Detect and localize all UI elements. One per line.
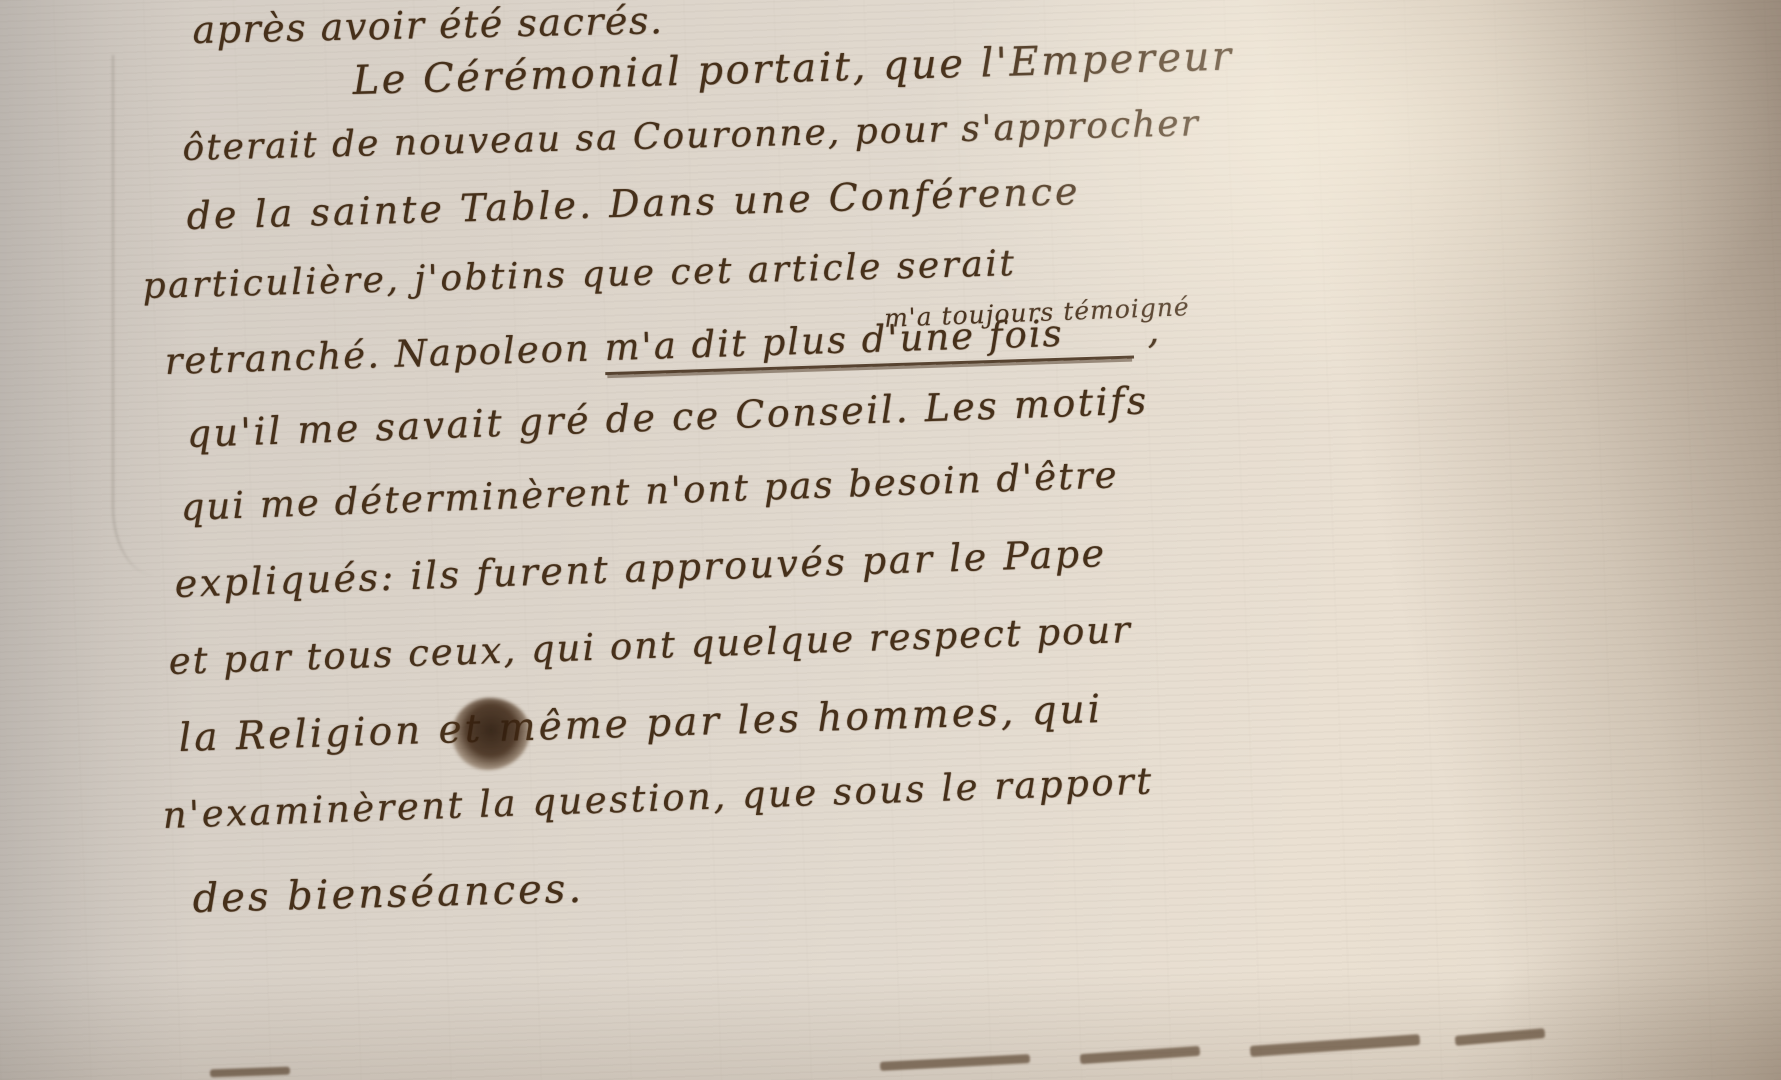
manuscript-line: qui me déterminèrent n'ont pas besoin d'… <box>180 453 1119 529</box>
manuscript-line: n'examinèrent la question, que sous le r… <box>162 759 1154 837</box>
manuscript-line: ôterait de nouveau sa Couronne, pour s'a… <box>182 103 1200 169</box>
handwritten-text-layer: après avoir été sacrés. Le Cérémonial po… <box>0 0 1781 1080</box>
manuscript-line: expliqués: ils furent approuvés par le P… <box>174 531 1107 606</box>
manuscript-line: la Religion et même par les hommes, qui <box>178 687 1104 761</box>
manuscript-line: de la sainte Table. Dans une Conférence <box>186 169 1081 238</box>
manuscript-line: après avoir été sacrés. <box>192 0 664 52</box>
line-prefix: retranché. Napoleon <box>164 326 605 383</box>
manuscript-line: et par tous ceux, qui ont quelque respec… <box>168 608 1132 683</box>
manuscript-page-photo: après avoir été sacrés. Le Cérémonial po… <box>0 0 1781 1080</box>
manuscript-line: qu'il me savait gré de ce Conseil. Les m… <box>186 378 1149 456</box>
manuscript-line: particulière, j'obtins que cet article s… <box>142 243 1017 307</box>
manuscript-line: des bienséances. <box>192 866 585 922</box>
